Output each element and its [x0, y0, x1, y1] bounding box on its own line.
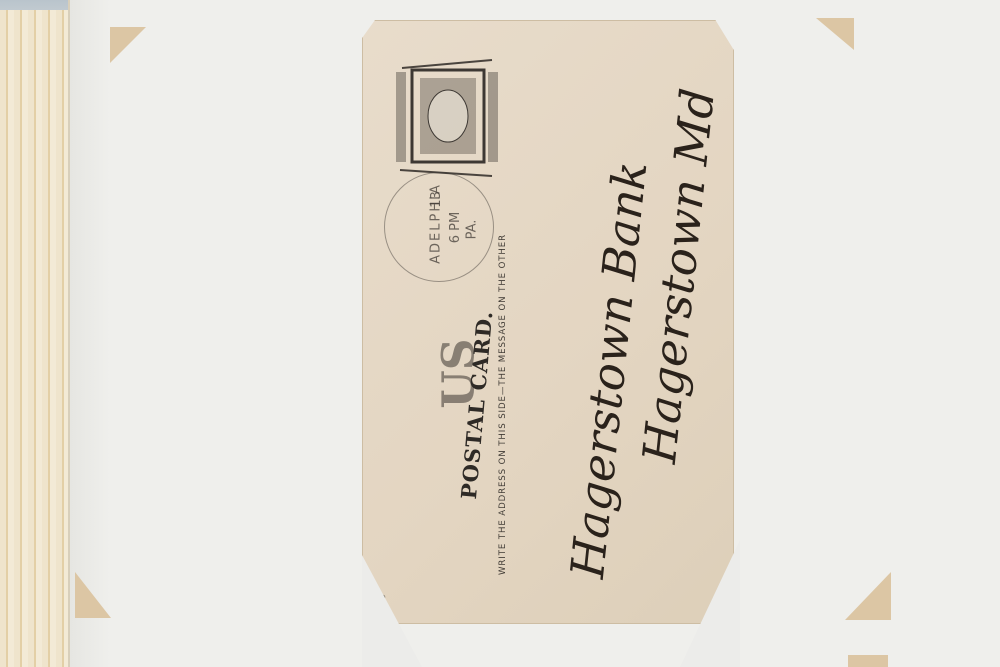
postmark-time: 6 PM [448, 212, 463, 243]
postmark-date: 13 [429, 191, 444, 208]
postmark: ADELPHIA 13 6 PM PA. [384, 172, 492, 280]
postmark-state: PA. [464, 220, 479, 240]
album-scene: ADELPHIA 13 6 PM PA. US POSTAL CARD. WRI… [0, 0, 1000, 667]
stamp-imprint-icon [392, 52, 504, 180]
postmark-city: ADELPHIA [429, 174, 444, 274]
mount-corner-slot [848, 655, 888, 667]
address-instruction: WRITE THE ADDRESS ON THIS SIDE—THE MESSA… [498, 234, 508, 575]
